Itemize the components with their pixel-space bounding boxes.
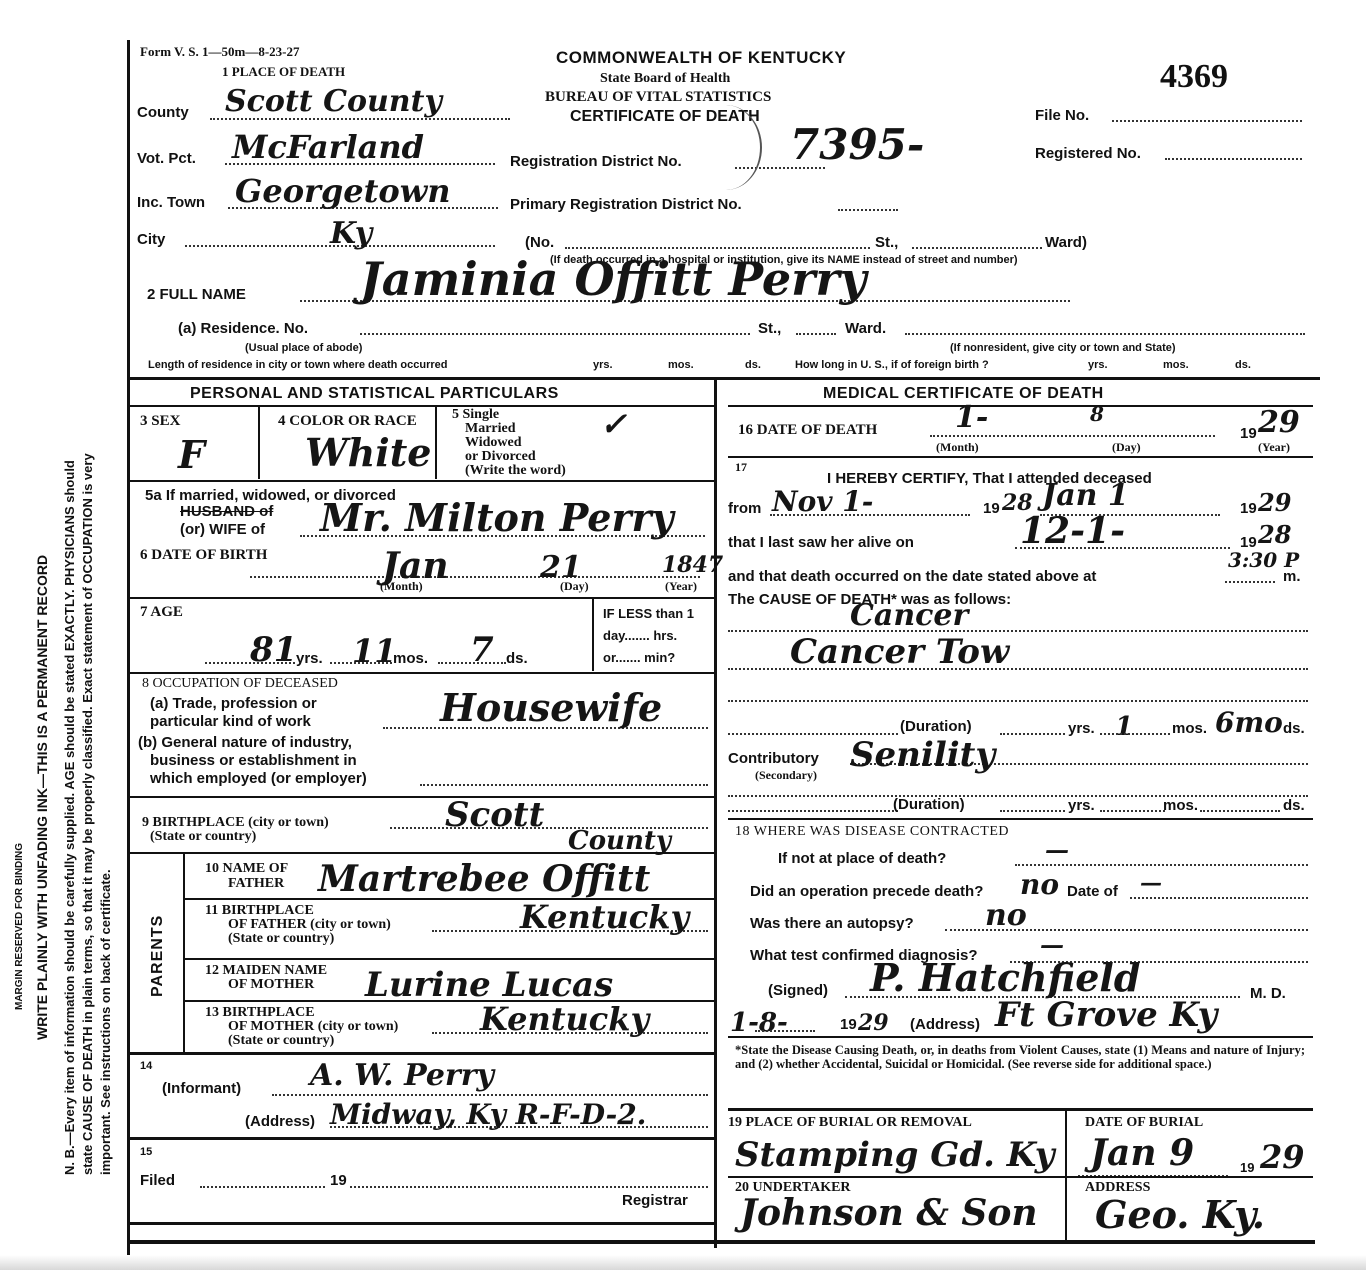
filed-registrar-field[interactable] <box>350 1186 708 1188</box>
autopsy-value: no <box>985 898 1027 933</box>
father-name-label-2: FATHER <box>228 876 284 892</box>
attended-to-value: Jan 1 <box>1042 478 1129 513</box>
not-at-place-field[interactable] <box>1015 864 1308 866</box>
item-17-number: 17 <box>735 460 747 475</box>
city-label: City <box>137 231 165 248</box>
board-name: State Board of Health <box>600 71 730 87</box>
father-bp-label-3: (State or country) <box>228 931 334 947</box>
md-label: M. D. <box>1250 985 1286 1002</box>
where-contracted-label: 18 WHERE WAS DISEASE CONTRACTED <box>735 824 1009 840</box>
duration-ds-label: ds. <box>1283 720 1305 737</box>
duration2-lead <box>728 810 898 812</box>
inc-town-label: Inc. Town <box>137 194 205 211</box>
margin-line-1: WRITE PLAINLY WITH UNFADING INK—THIS IS … <box>34 555 50 1040</box>
divider <box>592 599 594 671</box>
primary-district-label: Primary Registration District No. <box>510 196 742 213</box>
or-min-label: or....... min? <box>603 650 675 665</box>
burial-date-label: DATE OF BURIAL <box>1085 1115 1203 1131</box>
attended-from-label: from <box>728 500 761 517</box>
duration-yrs-value: 1 <box>1115 712 1133 742</box>
length-yrs-label: yrs. <box>593 359 613 371</box>
signed-date-field[interactable] <box>755 1030 815 1032</box>
operation-date-field[interactable] <box>1130 897 1308 899</box>
informant-number: 14 <box>140 1060 152 1072</box>
dob-label: 6 DATE OF BIRTH <box>140 547 267 564</box>
duration2-mos-label: mos. <box>1163 797 1198 814</box>
occ-a-line-1: (a) Trade, profession or <box>150 695 317 712</box>
dob-field[interactable] <box>250 576 700 578</box>
file-no-label: File No. <box>1035 107 1089 124</box>
informant-address-value: Midway, Ky R-F-D-2. <box>330 1098 646 1131</box>
attended-to-year: 29 <box>1258 488 1291 517</box>
burial-place-label: 19 PLACE OF BURIAL OR REMOVAL <box>728 1115 972 1131</box>
duration-mos-label: mos. <box>1172 720 1207 737</box>
filed-number: 15 <box>140 1146 152 1158</box>
divider <box>728 405 1313 407</box>
divider <box>130 1052 714 1055</box>
mother-name-value: Lurine Lucas <box>365 965 613 1005</box>
length-mos-label: mos. <box>668 359 694 371</box>
age-years-field[interactable] <box>205 662 295 664</box>
death-time-label: and that death occurred on the date stat… <box>728 568 1096 585</box>
nonresident-note: (If nonresident, give city or town and S… <box>950 342 1176 354</box>
registered-no-field[interactable] <box>1165 158 1302 160</box>
full-name-value: Jaminia Offitt Perry <box>360 252 866 306</box>
dob-year-value: 1847 <box>662 552 723 578</box>
last-saw-year: 28 <box>1258 520 1291 549</box>
personal-section-title: PERSONAL AND STATISTICAL PARTICULARS <box>190 385 559 403</box>
duration2-mos-field[interactable] <box>1100 810 1165 812</box>
age-years-value: 81 <box>250 630 297 670</box>
age-days-field[interactable] <box>438 662 506 664</box>
street-no-field[interactable] <box>565 247 870 249</box>
marital-checkmark: ✓ <box>600 405 627 443</box>
usual-place-caption: (Usual place of abode) <box>245 342 362 354</box>
dod-day-caption: (Day) <box>1112 440 1141 455</box>
registration-circle <box>690 105 762 190</box>
foreign-ds-label: ds. <box>1235 359 1251 371</box>
duration-mos-field[interactable] <box>1100 733 1170 735</box>
occ-a-line-2: particular kind of work <box>150 713 311 730</box>
last-saw-value: 12-1- <box>1020 510 1125 552</box>
physician-address-label: (Address) <box>910 1016 980 1033</box>
occupation-industry-field[interactable] <box>420 784 708 786</box>
race-value: White <box>305 430 431 475</box>
bureau-name: BUREAU OF VITAL STATISTICS <box>545 89 771 106</box>
spouse-value: Mr. Milton Perry <box>320 495 674 540</box>
foreign-yrs-label: yrs. <box>1088 359 1108 371</box>
divider <box>130 672 714 674</box>
registered-no-label: Registered No. <box>1035 145 1141 162</box>
cause-line-2[interactable] <box>728 668 1308 670</box>
not-at-place-value: — <box>1045 835 1069 864</box>
marital-label-5: (Write the word) <box>465 463 566 479</box>
vot-pct-value: McFarland <box>232 128 424 166</box>
registration-district-value: 7395- <box>790 120 924 169</box>
parents-side-label: PARENTS <box>149 915 167 997</box>
filed-label: Filed <box>140 1172 175 1189</box>
ward-label: Ward) <box>1045 234 1087 251</box>
age-ds-label: ds. <box>506 650 528 667</box>
duration2-yrs-field[interactable] <box>1000 810 1065 812</box>
duration-yrs-field[interactable] <box>1000 733 1065 735</box>
dob-year-caption: (Year) <box>665 579 697 594</box>
street-label: St., <box>875 234 898 251</box>
last-saw-label: that I last saw her alive on <box>728 534 914 551</box>
age-days-value: 7 <box>470 630 494 670</box>
divider <box>130 1222 714 1225</box>
contributory-label: Contributory <box>728 750 819 767</box>
county-label: County <box>137 104 189 121</box>
cause-footnote: *State the Disease Causing Death, or, in… <box>735 1043 1305 1071</box>
county-value: Scott County <box>225 84 442 119</box>
duration-mos-value: 6mo <box>1215 706 1283 739</box>
mother-name-label-2: OF MOTHER <box>228 977 314 993</box>
divider <box>728 1176 1313 1178</box>
occ-b-line-2: business or establishment in <box>150 752 357 769</box>
divider <box>130 796 714 798</box>
less-than-1-label: IF LESS than 1 <box>603 606 694 621</box>
margin-line-3: state CAUSE OF DEATH in plain terms, so … <box>80 453 95 1175</box>
length-residence-label: Length of residence in city or town wher… <box>148 359 448 371</box>
father-name-label-1: 10 NAME OF <box>205 861 288 877</box>
occupation-label: 8 OCCUPATION OF DECEASED <box>142 676 338 692</box>
dod-field[interactable] <box>930 435 1215 437</box>
dod-year-caption: (Year) <box>1258 440 1290 455</box>
divider <box>130 1137 714 1140</box>
residence-no-field[interactable] <box>360 333 750 335</box>
residence-st-label: St., <box>758 320 781 337</box>
contributory-value: Senility <box>850 735 995 775</box>
file-no-field[interactable] <box>1112 120 1302 122</box>
margin-binding-note: MARGIN RESERVED FOR BINDING <box>14 843 25 1010</box>
divider <box>728 1108 1313 1111</box>
race-label: 4 COLOR OR RACE <box>278 413 417 430</box>
registration-district-label: Registration District No. <box>510 153 682 170</box>
residence-ward-field[interactable] <box>905 333 1305 335</box>
attended-to-year-prefix: 19 <box>1240 500 1257 517</box>
divider <box>728 1036 1313 1038</box>
ward-field[interactable] <box>912 247 1042 249</box>
place-of-death-label: 1 PLACE OF DEATH <box>222 64 345 80</box>
primary-district-field[interactable] <box>838 209 898 211</box>
mother-bp-value: Kentucky <box>480 1000 649 1038</box>
divider <box>130 597 714 599</box>
cause-line-3[interactable] <box>728 700 1308 702</box>
divider <box>435 407 437 479</box>
divider <box>130 480 714 482</box>
foreign-birth-label: How long in U. S., if of foreign birth ? <box>795 359 989 371</box>
filed-year-prefix: 19 <box>330 1172 347 1189</box>
divider <box>185 958 714 960</box>
burial-year-value: 29 <box>1260 1138 1305 1176</box>
informant-address-label: (Address) <box>245 1113 315 1130</box>
spouse-label-3: (or) WIFE of <box>180 521 265 538</box>
length-ds-label: ds. <box>745 359 761 371</box>
duration-yrs-label: yrs. <box>1068 720 1095 737</box>
divider <box>258 407 260 479</box>
burial-place-value: Stamping Gd. Ky <box>735 1135 1055 1175</box>
contributory-line-2[interactable] <box>728 795 1308 797</box>
death-time-m: m. <box>1283 568 1301 585</box>
secondary-label: (Secondary) <box>755 768 817 783</box>
frame-bottom <box>130 1240 1315 1244</box>
dod-year-value: 29 <box>1258 405 1300 440</box>
divider <box>728 456 1313 458</box>
occ-b-line-1: (b) General nature of industry, <box>138 734 352 751</box>
death-time-field[interactable] <box>1225 581 1275 583</box>
dod-year-prefix: 19 <box>1240 425 1257 442</box>
undertaker-address-value: Geo. Ky. <box>1095 1192 1265 1237</box>
dod-day-value: 8 <box>1090 402 1104 426</box>
frame-left <box>127 40 130 1255</box>
form-id: Form V. S. 1—50m—8-23-27 <box>140 44 300 60</box>
attended-from-value: Nov 1- <box>772 485 873 518</box>
signed-year-value: 29 <box>858 1010 889 1036</box>
signed-date-value: 1-8- <box>730 1008 788 1038</box>
age-mos-label: mos. <box>393 650 428 667</box>
burial-year-prefix: 19 <box>1240 1160 1254 1175</box>
dob-day-caption: (Day) <box>560 579 589 594</box>
street-no-label: (No. <box>525 234 554 251</box>
duration2-ds-label: ds. <box>1283 797 1305 814</box>
operation-label: Did an operation precede death? <box>750 883 983 900</box>
cause-value-2: Cancer Tow <box>790 632 1009 672</box>
date-of-label: Date of <box>1067 883 1118 900</box>
dod-label: 16 DATE OF DEATH <box>738 422 877 439</box>
informant-value: A. W. Perry <box>310 1058 494 1093</box>
page-bottom-shadow <box>0 1255 1366 1270</box>
sex-value: F <box>178 432 205 477</box>
occupation-value: Housewife <box>440 685 662 730</box>
filed-date-field[interactable] <box>200 1186 325 1188</box>
age-months-field[interactable] <box>330 662 392 664</box>
dob-month-caption: (Month) <box>380 579 423 594</box>
informant-label: (Informant) <box>162 1080 241 1097</box>
city-value: Ky <box>330 216 372 251</box>
frame-section-divider <box>130 377 1320 380</box>
operation-date-value: — <box>1140 870 1162 896</box>
residence-ward-label: Ward. <box>845 320 886 337</box>
margin-line-4: important. See instructions on back of c… <box>98 869 113 1175</box>
father-bp-value: Kentucky <box>520 898 689 936</box>
divider <box>728 818 1313 820</box>
signed-year-prefix: 19 <box>840 1016 857 1033</box>
duration2-yrs-label: yrs. <box>1068 797 1095 814</box>
mother-bp-label-3: (State or country) <box>228 1033 334 1049</box>
birthplace-value-1: Scott <box>445 795 544 835</box>
occ-b-line-3: which employed (or employer) <box>150 770 367 787</box>
physician-address-value: Ft Grove Ky <box>995 995 1217 1035</box>
birthplace-sub: (State or country) <box>150 829 256 845</box>
dod-month-value: 1- <box>955 400 988 435</box>
divider <box>183 853 185 1053</box>
undertaker-value: Johnson & Son <box>740 1192 1038 1234</box>
father-name-value: Martrebee Offitt <box>318 858 650 900</box>
foreign-mos-label: mos. <box>1163 359 1189 371</box>
duration2-label: (Duration) <box>893 796 965 813</box>
informant-field[interactable] <box>272 1094 708 1096</box>
age-months-value: 11 <box>352 632 397 670</box>
not-at-place-label: If not at place of death? <box>778 850 946 867</box>
attended-from-year-prefix: 19 <box>983 500 1000 517</box>
registrar-label: Registrar <box>622 1192 688 1209</box>
day-hrs-label: day....... hrs. <box>603 628 677 643</box>
stamp-number: 4369 <box>1160 58 1228 96</box>
spouse-label-2: HUSBAND of <box>180 503 273 520</box>
autopsy-label: Was there an autopsy? <box>750 915 914 932</box>
signed-label: (Signed) <box>768 982 828 999</box>
duration2-ds-field[interactable] <box>1200 810 1280 812</box>
full-name-label: 2 FULL NAME <box>147 286 246 303</box>
operation-value: no <box>1020 868 1059 901</box>
duration-label: (Duration) <box>900 718 972 735</box>
vot-pct-label: Vot. Pct. <box>137 150 196 167</box>
physician-signature: P. Hatchfield <box>870 955 1140 1000</box>
divider <box>130 852 714 854</box>
sex-label: 3 SEX <box>140 413 180 430</box>
age-yrs-label: yrs. <box>296 650 323 667</box>
residence-label: (a) Residence. No. <box>178 320 308 337</box>
dod-month-caption: (Month) <box>936 440 979 455</box>
age-label: 7 AGE <box>140 604 183 621</box>
burial-date-value: Jan 9 <box>1090 1132 1194 1174</box>
frame-center <box>714 378 717 1248</box>
margin-line-2: N. B.—Every item of information should b… <box>62 460 77 1175</box>
inc-town-value: Georgetown <box>235 172 451 210</box>
cause-value-1: Cancer <box>850 598 968 633</box>
state-name: COMMONWEALTH OF KENTUCKY <box>556 48 846 68</box>
residence-st-field[interactable] <box>796 333 836 335</box>
